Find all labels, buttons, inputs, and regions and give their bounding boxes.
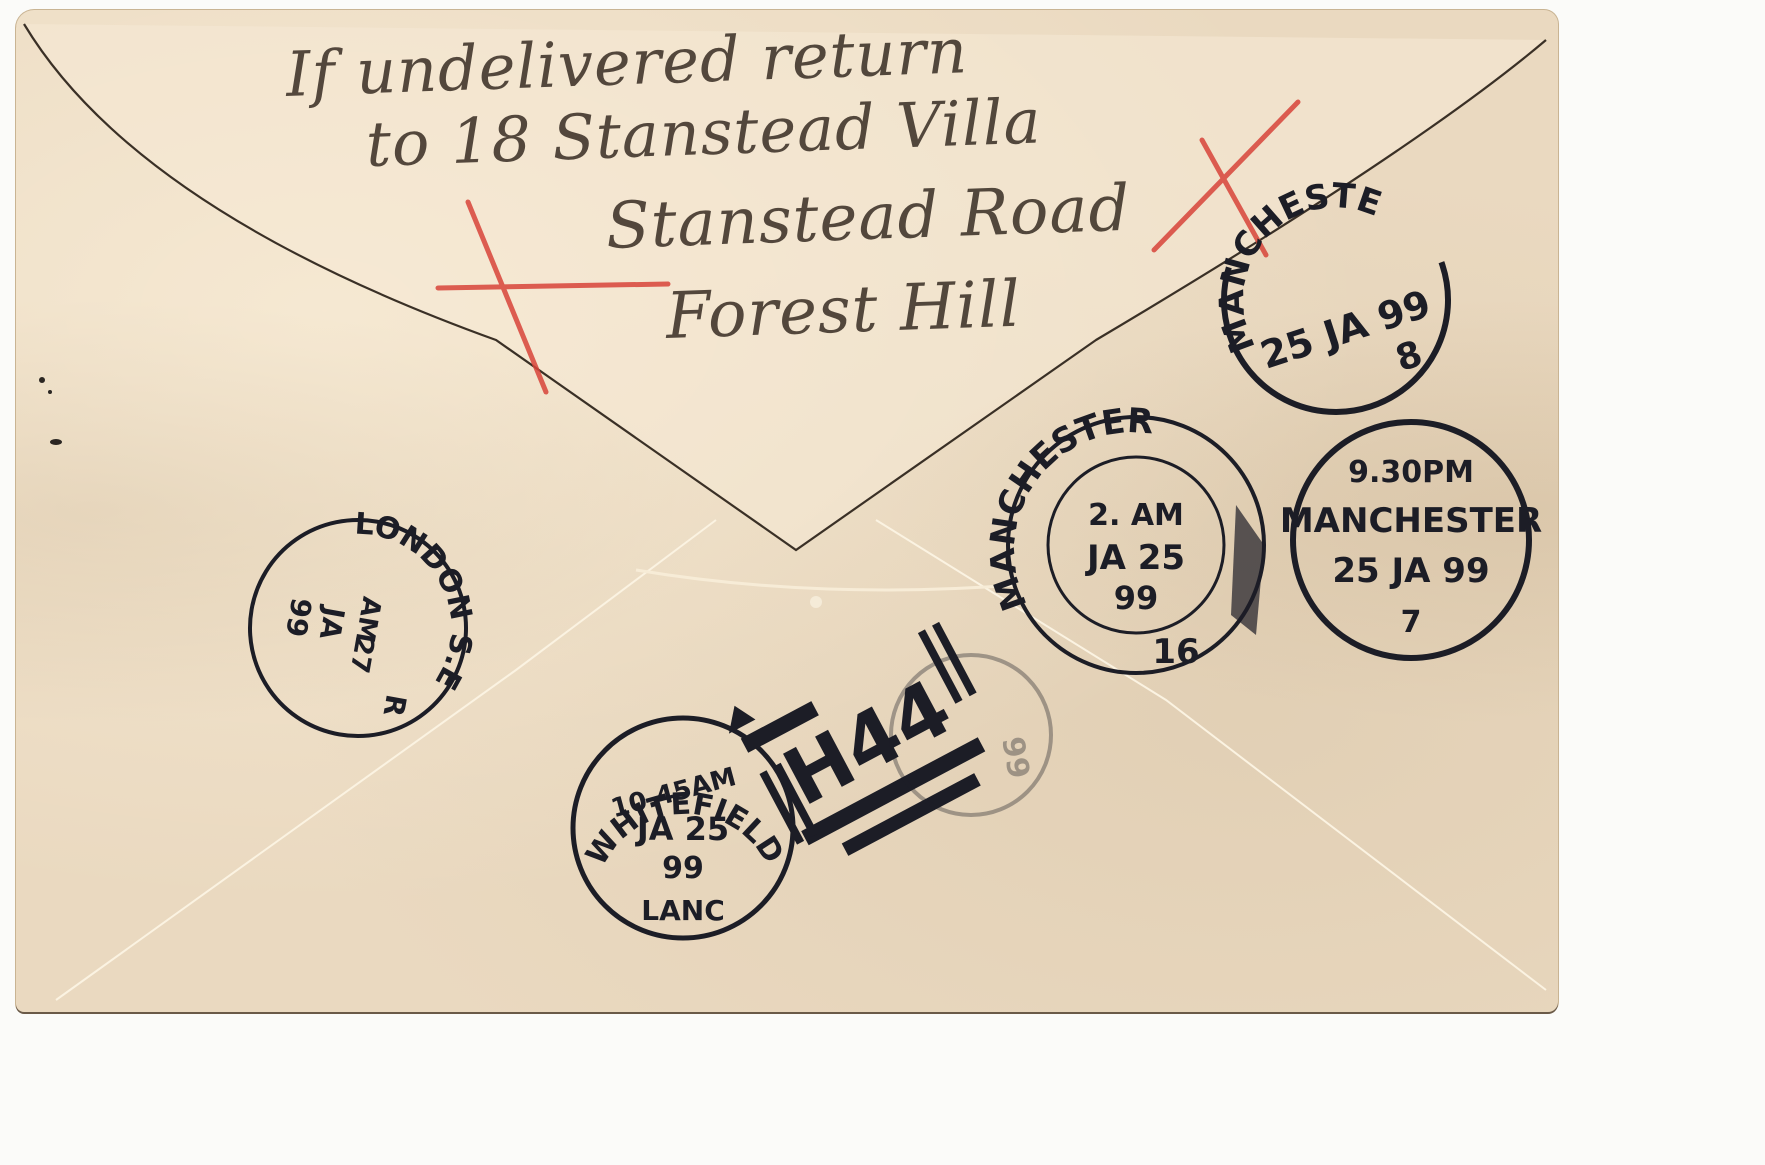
svg-text:9.30PM: 9.30PM xyxy=(1348,455,1474,490)
svg-text:JA 25: JA 25 xyxy=(1085,538,1185,578)
svg-text:MANCHESTER: MANCHESTER xyxy=(1280,501,1542,541)
envelope: If undelivered return to 18 Stanstead Vi… xyxy=(16,10,1558,1012)
postmark-duplex-h44: H44 xyxy=(719,602,1016,878)
svg-text:99: 99 xyxy=(1114,579,1159,617)
postmark-manchester-right: 9.30PM MANCHESTER 25 JA 99 7 xyxy=(1280,422,1542,658)
red-cross-left xyxy=(438,202,668,392)
svg-text:7: 7 xyxy=(1401,605,1422,640)
svg-text:27: 27 xyxy=(343,635,379,676)
svg-text:2. AM: 2. AM xyxy=(1088,498,1184,533)
postmark-whitefield: WHITEFIELD 10.45AM JA 25 99 LANC xyxy=(573,718,793,938)
svg-text:99: 99 xyxy=(994,734,1036,781)
svg-text:LANC: LANC xyxy=(641,894,725,927)
svg-text:R: R xyxy=(376,692,412,719)
svg-text:8: 8 xyxy=(1391,333,1428,380)
postmark-london: LONDON S.E AM 27 JA 99 R xyxy=(233,489,498,755)
svg-text:JA 25: JA 25 xyxy=(635,810,729,848)
postmark-manchester-center: MANCHESTER 2. AM JA 25 99 16 xyxy=(983,401,1264,673)
svg-text:25 JA 99: 25 JA 99 xyxy=(1332,551,1489,591)
svg-text:99: 99 xyxy=(662,851,704,886)
svg-text:JA: JA xyxy=(313,603,351,643)
svg-text:99: 99 xyxy=(279,595,318,639)
postmark-manchester-top: MANCHESTER 25 JA 99 8 xyxy=(1180,147,1477,445)
markings: MANCHESTER 25 JA 99 8 MANCHESTER 2. AM J… xyxy=(16,10,1558,1012)
svg-text:16: 16 xyxy=(1152,632,1199,672)
